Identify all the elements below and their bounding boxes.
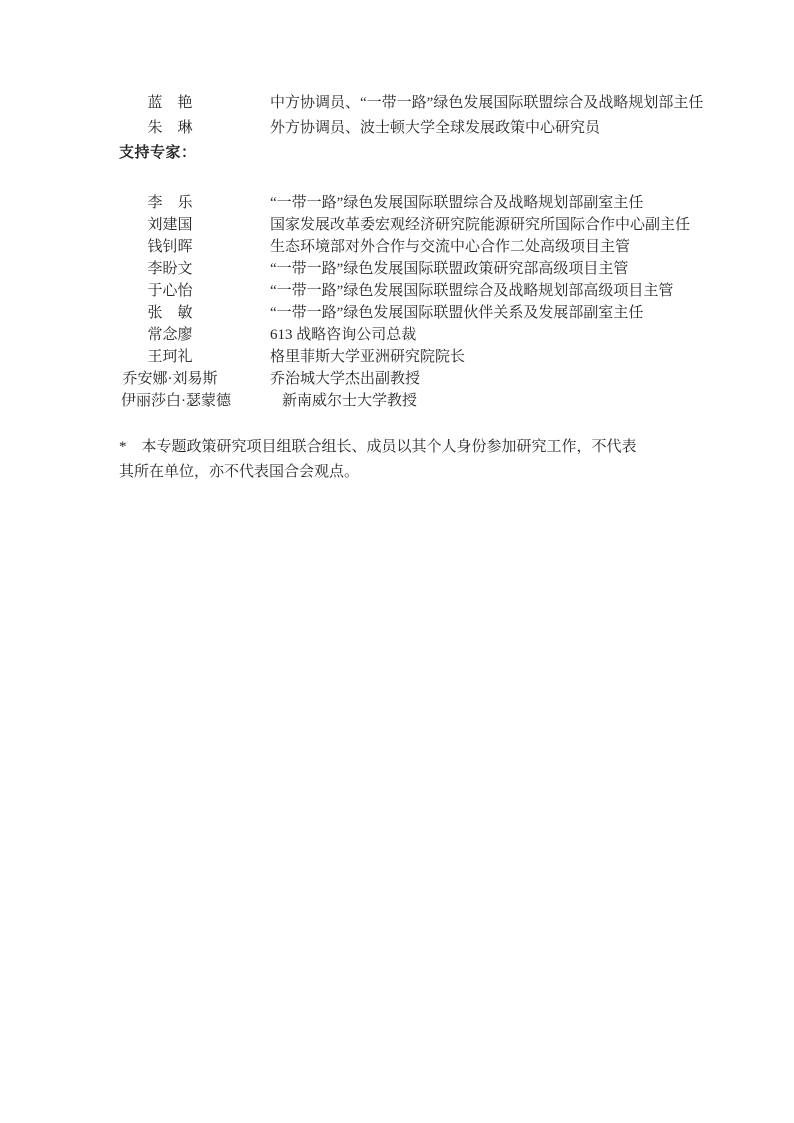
expert-row: 李盼文 “一带一路”绿色发展国际联盟政策研究部高级项目主管 [119,258,759,280]
experts-list: 李 乐 “一带一路”绿色发展国际联盟综合及战略规划部副室主任 刘建国 国家发展改… [119,192,759,412]
person-title: 生态环境部对外合作与交流中心合作二处高级项目主管 [270,236,630,258]
person-name: 伊丽莎白·瑟蒙德 [121,390,231,412]
expert-row: 张 敏 “一带一路”绿色发展国际联盟伙伴关系及发展部副室主任 [119,302,759,324]
expert-row: 王珂礼 格里菲斯大学亚洲研究院院长 [119,346,759,368]
expert-row: 乔安娜·刘易斯 乔治城大学杰出副教授 [119,368,759,390]
coordinator-row: 朱 琳 外方协调员、波士顿大学全球发展政策中心研究员 [119,116,759,141]
person-name: 李 乐 [121,192,219,214]
person-name: 王珂礼 [121,346,219,368]
expert-row: 钱钊晖 生态环境部对外合作与交流中心合作二处高级项目主管 [119,236,759,258]
person-title: “一带一路”绿色发展国际联盟综合及战略规划部副室主任 [270,192,643,214]
person-name: 乔安娜·刘易斯 [121,368,219,390]
person-name: 朱 琳 [121,116,219,141]
document-page: 蓝 艳 中方协调员、“一带一路”绿色发展国际联盟综合及战略规划部主任 朱 琳 外… [0,0,794,1123]
person-title: 乔治城大学杰出副教授 [270,368,420,390]
expert-row: 伊丽莎白·瑟蒙德 新南威尔士大学教授 [119,390,759,412]
footnote-line: 其所在单位，亦不代表国合会观点。 [119,460,759,485]
person-role: 中方协调员、“一带一路”绿色发展国际联盟综合及战略规划部主任 [270,91,703,116]
expert-row: 于心怡 “一带一路”绿色发展国际联盟综合及战略规划部高级项目主管 [119,280,759,302]
person-title: “一带一路”绿色发展国际联盟综合及战略规划部高级项目主管 [270,280,673,302]
footnote: * 本专题政策研究项目组联合组长、成员以其个人身份参加研究工作，不代表 其所在单… [119,435,759,485]
expert-row: 常念廖 613 战略咨询公司总裁 [119,324,759,346]
document-content: 蓝 艳 中方协调员、“一带一路”绿色发展国际联盟综合及战略规划部主任 朱 琳 外… [119,91,759,485]
footnote-line: * 本专题政策研究项目组联合组长、成员以其个人身份参加研究工作，不代表 [119,435,759,460]
expert-row: 李 乐 “一带一路”绿色发展国际联盟综合及战略规划部副室主任 [119,192,759,214]
person-name: 常念廖 [121,324,219,346]
person-name: 张 敏 [121,302,219,324]
person-title: “一带一路”绿色发展国际联盟政策研究部高级项目主管 [270,258,628,280]
person-role: 外方协调员、波士顿大学全球发展政策中心研究员 [270,116,600,141]
expert-row: 刘建国 国家发展改革委宏观经济研究院能源研究所国际合作中心副主任 [119,214,759,236]
person-title: 国家发展改革委宏观经济研究院能源研究所国际合作中心副主任 [270,214,690,236]
section-heading: 支持专家： [119,141,759,166]
coordinator-row: 蓝 艳 中方协调员、“一带一路”绿色发展国际联盟综合及战略规划部主任 [119,91,759,116]
person-name: 刘建国 [121,214,219,236]
person-title: “一带一路”绿色发展国际联盟伙伴关系及发展部副室主任 [270,302,643,324]
person-title: 新南威尔士大学教授 [282,390,417,412]
person-name: 于心怡 [121,280,219,302]
person-name: 李盼文 [121,258,219,280]
person-name: 钱钊晖 [121,236,219,258]
person-title: 格里菲斯大学亚洲研究院院长 [270,346,465,368]
person-name: 蓝 艳 [121,91,219,116]
person-title: 613 战略咨询公司总裁 [270,324,416,346]
